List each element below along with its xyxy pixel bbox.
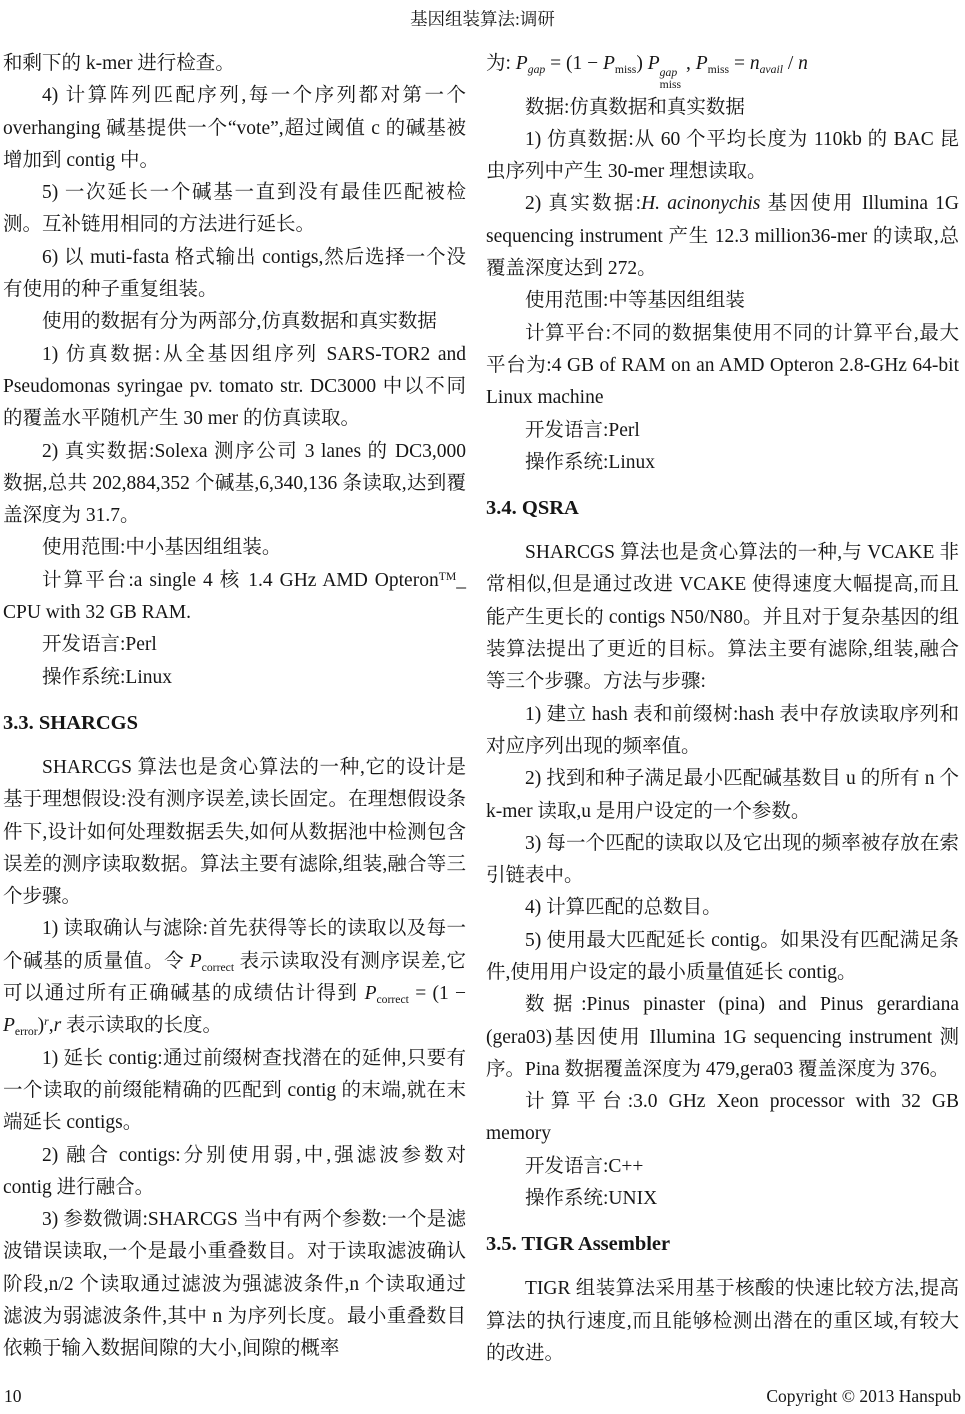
right-column: 为: Pgap = (1 − Pmiss) Pgapmiss , Pmiss =… [486, 48, 959, 1378]
text-run: 表示读取的长度。 [61, 1015, 222, 1036]
text-run: P [365, 983, 377, 1004]
text-run: 使用范围:中小基因组组装。 [42, 537, 281, 558]
paragraph: 5) 使用最大匹配延长 contig。如果没有匹配满足条件,使用用户设定的最小质… [486, 925, 959, 990]
paragraph: 使用范围:中等基因组组装 [486, 285, 959, 317]
text-run: 开发语言:C++ [525, 1156, 643, 1177]
page-footer: 10 Copyright © 2013 Hanspub [4, 1384, 961, 1408]
text-run: P [603, 53, 615, 74]
text-run: 2) 找到和种子满足最小匹配碱基数目 u 的所有 n 个 k-mer 读取,u … [486, 768, 959, 821]
text-run: , [681, 53, 696, 74]
text-run: correct [376, 993, 408, 1006]
paragraph: 计算平台:a single 4 核 1.4 GHz AMD OpteronTM_… [3, 565, 466, 630]
paragraph: 操作系统:Linux [486, 447, 959, 479]
paragraph: SHARCGS 算法也是贪心算法的一种,与 VCAKE 非常相似,但是通过改进 … [486, 537, 959, 698]
text-run: correct [202, 961, 234, 974]
text-run: 5) 使用最大匹配延长 contig。如果没有匹配满足条件,使用用户设定的最小质… [486, 930, 959, 983]
paragraph: 3) 参数微调:SHARCGS 当中有两个参数:一个是滤波错误读取,一个是最小重… [3, 1204, 466, 1365]
paragraph: 和剩下的 k-mer 进行检查。 [3, 48, 466, 80]
text-run: 计算平台:3.0 GHz Xeon processor with 32 GB m… [486, 1091, 959, 1144]
paragraph: TIGR 组装算法采用基于核酸的快速比较方法,提高算法的执行速度,而且能够检测出… [486, 1273, 959, 1370]
text-run: 1) 仿真数据:从 60 个平均长度为 110kb 的 BAC 昆虫序列中产生 … [486, 129, 959, 182]
paragraph: 1) 仿真数据:从全基因组序列 SARS-TOR2 and Pseudomona… [3, 339, 466, 436]
paragraph: 2) 融合 contigs:分别使用弱,中,强滤波参数对 contig 进行融合… [3, 1140, 466, 1205]
paragraph: 2) 真实数据:H. acinonychis 基因使用 Illumina 1G … [486, 188, 959, 285]
text-run: 开发语言:Perl [525, 420, 640, 441]
paragraph: 开发语言:C++ [486, 1151, 959, 1183]
text-run: 2) 真实数据: [525, 193, 641, 214]
text-run: avail [760, 63, 783, 76]
text-run: 1) 仿真数据:从全基因组序列 SARS-TOR2 and Pseudomona… [3, 344, 466, 430]
paragraph: 开发语言:Perl [486, 415, 959, 447]
paragraph: 1) 读取确认与滤除:首先获得等长的读取以及每一个碱基的质量值。令 Pcorre… [3, 913, 466, 1042]
paragraph: 5) 一次延长一个碱基一直到没有最佳匹配被检测。互补链用相同的方法进行延长。 [3, 177, 466, 242]
section-heading: 3.3. SHARCGS [3, 707, 466, 739]
text-run: 操作系统:Linux [42, 667, 172, 688]
text-run: / [783, 53, 798, 74]
text-run: 6) 以 muti-fasta 格式输出 contigs,然后选择一个没有使用的… [3, 247, 466, 300]
paragraph: 数据:仿真数据和真实数据 [486, 92, 959, 124]
paragraph: SHARCGS 算法也是贪心算法的一种,它的设计是基于理想假设:没有测序误差,读… [3, 752, 466, 913]
text-run: error [15, 1025, 38, 1038]
section-heading: 3.5. TIGR Assembler [486, 1228, 959, 1260]
paragraph: 开发语言:Perl [3, 629, 466, 661]
text-run: 开发语言:Perl [42, 634, 157, 655]
text-run: gap [528, 63, 546, 76]
text-run: 4) 计算匹配的总数目。 [525, 897, 722, 918]
text-run: TIGR 组装算法采用基于核酸的快速比较方法,提高算法的执行速度,而且能够检测出… [486, 1278, 959, 1364]
text-run: ) [636, 53, 647, 74]
paragraph: 操作系统:UNIX [486, 1183, 959, 1215]
text-run: 数据:Pinus pinaster (pina) and Pinus gerar… [486, 994, 959, 1080]
page-header: 基因组装算法:调研 [0, 0, 965, 48]
paragraph: 4) 计算阵列匹配序列,每一个序列都对第一个overhanging 碱基提供一个… [3, 80, 466, 177]
text-run: 2) 真实数据:Solexa 测序公司 3 lanes 的 DC3,000 数据… [3, 441, 466, 527]
subscript-run: miss [660, 79, 681, 91]
formula-paragraph: 为: Pgap = (1 − Pmiss) Pgapmiss , Pmiss =… [486, 48, 959, 92]
paragraph: 2) 真实数据:Solexa 测序公司 3 lanes 的 DC3,000 数据… [3, 436, 466, 533]
copyright-text: Copyright © 2013 Hanspub [766, 1384, 961, 1408]
paragraph: 1) 仿真数据:从 60 个平均长度为 110kb 的 BAC 昆虫序列中产生 … [486, 124, 959, 189]
paragraph: 数据:Pinus pinaster (pina) and Pinus gerar… [486, 989, 959, 1086]
text-run: 操作系统:UNIX [525, 1188, 657, 1209]
text-run: P [190, 951, 202, 972]
text-run: 为: [486, 53, 516, 74]
paragraph: 3) 每一个匹配的读取以及它出现的频率被存放在索引链表中。 [486, 828, 959, 893]
text-run: 3) 参数微调:SHARCGS 当中有两个参数:一个是滤波错误读取,一个是最小重… [3, 1209, 466, 1359]
text-run: P [648, 53, 660, 74]
text-run: P [516, 53, 528, 74]
text-run: SHARCGS 算法也是贪心算法的一种,与 VCAKE 非常相似,但是通过改进 … [486, 542, 959, 692]
text-run: P [696, 53, 708, 74]
text-run: P [3, 1015, 15, 1036]
text-run: = [729, 53, 750, 74]
text-run: 5) 一次延长一个碱基一直到没有最佳匹配被检测。互补链用相同的方法进行延长。 [3, 182, 466, 235]
text-run: 1) 延长 contig:通过前缀树查找潜在的延伸,只要有一个读取的前缀能精确的… [3, 1048, 466, 1134]
text-run: 2) 融合 contigs:分别使用弱,中,强滤波参数对 contig 进行融合… [3, 1145, 466, 1198]
paragraph: 计算平台:不同的数据集使用不同的计算平台,最大平台为:4 GB of RAM o… [486, 318, 959, 415]
text-run: 数据:仿真数据和真实数据 [525, 97, 745, 118]
text-run: H. acinonychis [641, 193, 760, 214]
text-run: = (1 − [409, 983, 466, 1004]
text-run: 计算平台:a single 4 核 1.4 GHz AMD Opteron [42, 570, 439, 591]
text-run: = (1 − [545, 53, 603, 74]
text-run: 3) 每一个匹配的读取以及它出现的频率被存放在索引链表中。 [486, 833, 959, 886]
paragraph: 6) 以 muti-fasta 格式输出 contigs,然后选择一个没有使用的… [3, 242, 466, 307]
text-run: SHARCGS 算法也是贪心算法的一种,它的设计是基于理想假设:没有测序误差,读… [3, 757, 466, 907]
text-run: TM [439, 570, 457, 583]
stacked-sup-sub: gapmiss [660, 67, 681, 92]
text-run: 4) 计算阵列匹配序列,每一个序列都对第一个overhanging 碱基提供一个… [3, 85, 466, 171]
paragraph: 操作系统:Linux [3, 662, 466, 694]
paragraph: 2) 找到和种子满足最小匹配碱基数目 u 的所有 n 个 k-mer 读取,u … [486, 763, 959, 828]
paragraph: 1) 建立 hash 表和前缀树:hash 表中存放读取序列和对应序列出现的频率… [486, 699, 959, 764]
document-page: 基因组装算法:调研 和剩下的 k-mer 进行检查。4) 计算阵列匹配序列,每一… [0, 0, 965, 1414]
paragraph: 使用范围:中小基因组组装。 [3, 532, 466, 564]
left-column: 和剩下的 k-mer 进行检查。4) 计算阵列匹配序列,每一个序列都对第一个ov… [3, 48, 466, 1378]
paragraph: 1) 延长 contig:通过前缀树查找潜在的延伸,只要有一个读取的前缀能精确的… [3, 1043, 466, 1140]
text-run: 1) 建立 hash 表和前缀树:hash 表中存放读取序列和对应序列出现的频率… [486, 704, 959, 757]
paragraph: 4) 计算匹配的总数目。 [486, 892, 959, 924]
text-run: miss [615, 63, 636, 76]
text-run: n [798, 53, 808, 74]
text-run: 使用范围:中等基因组组装 [525, 290, 745, 311]
section-heading: 3.4. QSRA [486, 492, 959, 524]
text-run: 操作系统:Linux [525, 452, 655, 473]
paragraph: 计算平台:3.0 GHz Xeon processor with 32 GB m… [486, 1086, 959, 1151]
page-number: 10 [4, 1384, 22, 1408]
text-run: 计算平台:不同的数据集使用不同的计算平台,最大平台为:4 GB of RAM o… [486, 323, 959, 409]
paragraph: 使用的数据有分为两部分,仿真数据和真实数据 [3, 306, 466, 338]
text-run: 和剩下的 k-mer 进行检查。 [3, 53, 235, 74]
two-column-body: 和剩下的 k-mer 进行检查。4) 计算阵列匹配序列,每一个序列都对第一个ov… [0, 48, 965, 1378]
text-run: miss [708, 63, 729, 76]
text-run: 使用的数据有分为两部分,仿真数据和真实数据 [42, 311, 437, 332]
page-title: 基因组装算法:调研 [410, 9, 555, 29]
text-run: n [750, 53, 760, 74]
